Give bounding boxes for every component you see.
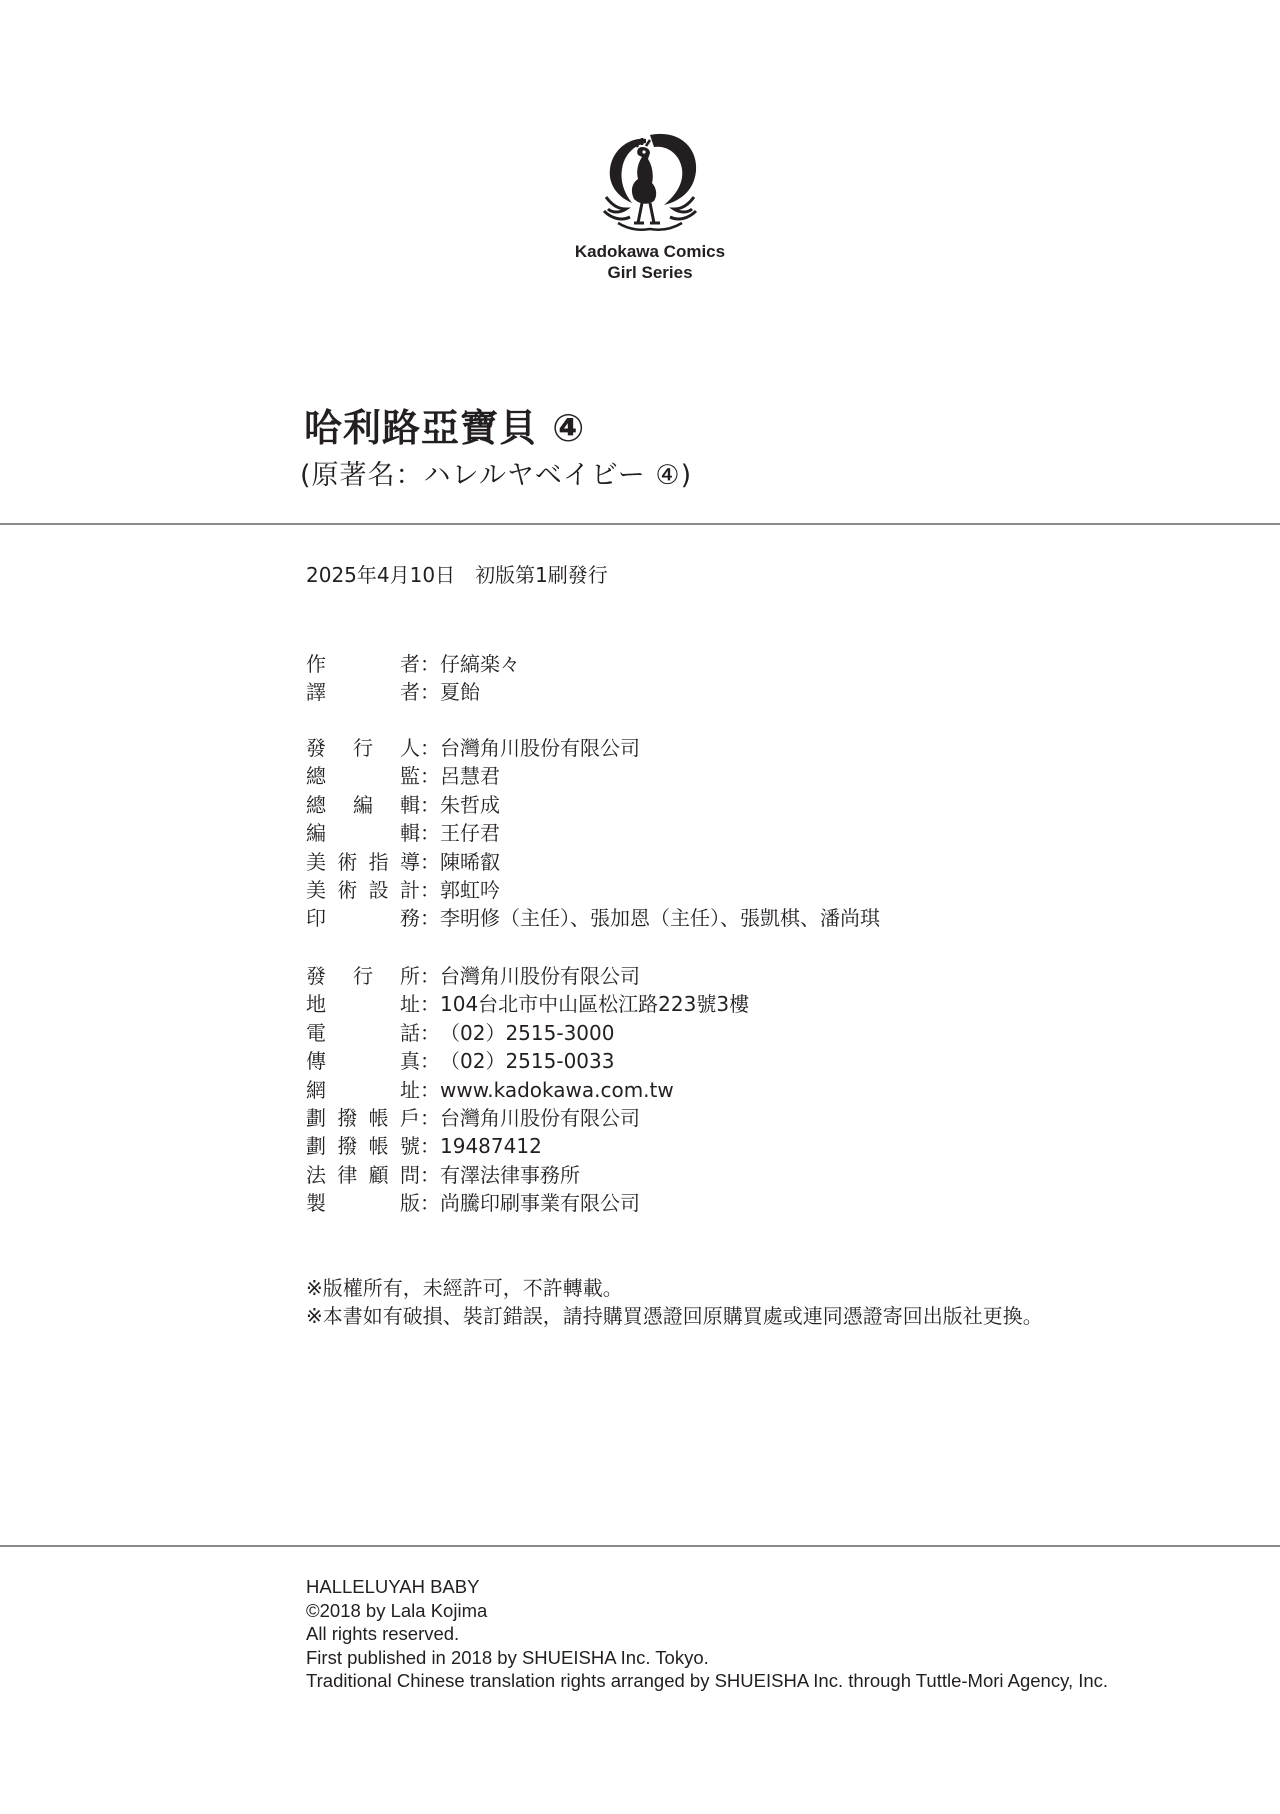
- credit-colon: ：: [420, 962, 440, 990]
- credit-colon: ：: [420, 1132, 440, 1160]
- credit-label: 總監: [306, 762, 420, 790]
- credit-colon: ：: [420, 791, 440, 819]
- credit-label: 地址: [306, 990, 420, 1018]
- credit-colon: ：: [420, 990, 440, 1018]
- credit-value: 陳晞叡: [440, 848, 500, 876]
- credit-value: 尚騰印刷事業有限公司: [440, 1189, 640, 1217]
- credit-value: www.kadokawa.com.tw: [440, 1076, 674, 1104]
- credit-row: 作者：仔縞楽々: [306, 650, 520, 678]
- credit-value: 仔縞楽々: [440, 650, 520, 678]
- credit-value: 朱哲成: [440, 791, 500, 819]
- credit-row: 編輯：王仔君: [306, 819, 880, 847]
- credit-label: 發行所: [306, 962, 420, 990]
- credit-row: 劃撥帳戶：台灣角川股份有限公司: [306, 1104, 749, 1132]
- credit-label: 美術設計: [306, 876, 420, 904]
- english-line-2: ©2018 by Lala Kojima: [306, 1599, 1108, 1623]
- credits-group-3: 發行所：台灣角川股份有限公司地址：104台北市中山區松江路223號3樓電話：（0…: [306, 962, 749, 1218]
- credit-label: 作者: [306, 650, 420, 678]
- credit-label: 總編輯: [306, 791, 420, 819]
- credit-row: 法律顧問：有澤法律事務所: [306, 1161, 749, 1189]
- credit-label: 編輯: [306, 819, 420, 847]
- publisher-logo: Kadokawa Comics Girl Series: [560, 125, 740, 283]
- credit-row: 電話：（02）2515-3000: [306, 1019, 749, 1047]
- credit-row: 地址：104台北市中山區松江路223號3樓: [306, 990, 749, 1018]
- credit-label: 美術指導: [306, 848, 420, 876]
- credit-value: 夏飴: [440, 678, 480, 706]
- credit-value: 郭虹吟: [440, 876, 500, 904]
- copyright-notes: ※版權所有，未經許可，不許轉載。 ※本書如有破損、裝訂錯誤，請持購買憑證回原購買…: [306, 1274, 1043, 1330]
- credits-group-2: 發行人：台灣角川股份有限公司總監：呂慧君總編輯：朱哲成編輯：王仔君美術指導：陳晞…: [306, 734, 880, 933]
- credit-value: 李明修（主任）、張加恩（主任）、張凱棋、潘尚琪: [440, 904, 880, 932]
- credit-value: 19487412: [440, 1132, 542, 1160]
- english-line-3: All rights reserved.: [306, 1622, 1108, 1646]
- credit-label: 印務: [306, 904, 420, 932]
- credit-label: 傳真: [306, 1047, 420, 1075]
- credits-group-1: 作者：仔縞楽々譯者：夏飴: [306, 650, 520, 707]
- credit-value: （02）2515-0033: [440, 1047, 614, 1075]
- credit-value: 台灣角川股份有限公司: [440, 962, 640, 990]
- english-line-5: Traditional Chinese translation rights a…: [306, 1669, 1108, 1693]
- credit-colon: ：: [420, 1104, 440, 1132]
- credit-colon: ：: [420, 819, 440, 847]
- credit-label: 發行人: [306, 734, 420, 762]
- credit-row: 美術指導：陳晞叡: [306, 848, 880, 876]
- credit-colon: ：: [420, 734, 440, 762]
- credit-row: 網址：www.kadokawa.com.tw: [306, 1076, 749, 1104]
- credit-value: （02）2515-3000: [440, 1019, 614, 1047]
- credit-colon: ：: [420, 1076, 440, 1104]
- credit-colon: ：: [420, 848, 440, 876]
- credit-label: 網址: [306, 1076, 420, 1104]
- credit-row: 製版：尚騰印刷事業有限公司: [306, 1189, 749, 1217]
- credit-row: 譯者：夏飴: [306, 678, 520, 706]
- english-line-1: HALLELUYAH BABY: [306, 1575, 1108, 1599]
- english-copyright: HALLELUYAH BABY ©2018 by Lala Kojima All…: [306, 1575, 1108, 1693]
- credit-value: 呂慧君: [440, 762, 500, 790]
- credit-label: 法律顧問: [306, 1161, 420, 1189]
- credit-colon: ：: [420, 1189, 440, 1217]
- credit-value: 王仔君: [440, 819, 500, 847]
- divider-top: [0, 523, 1280, 525]
- credit-colon: ：: [420, 678, 440, 706]
- english-line-4: First published in 2018 by SHUEISHA Inc.…: [306, 1646, 1108, 1670]
- credit-label: 電話: [306, 1019, 420, 1047]
- logo-line-1: Kadokawa Comics: [560, 241, 740, 262]
- credit-row: 總編輯：朱哲成: [306, 791, 880, 819]
- credit-label: 劃撥帳戶: [306, 1104, 420, 1132]
- credit-label: 譯者: [306, 678, 420, 706]
- credit-colon: ：: [420, 904, 440, 932]
- credit-row: 傳真：（02）2515-0033: [306, 1047, 749, 1075]
- credit-colon: ：: [420, 762, 440, 790]
- credit-row: 美術設計：郭虹吟: [306, 876, 880, 904]
- credit-row: 發行所：台灣角川股份有限公司: [306, 962, 749, 990]
- credit-value: 台灣角川股份有限公司: [440, 734, 640, 762]
- note-line-2: ※本書如有破損、裝訂錯誤，請持購買憑證回原購買處或連同憑證寄回出版社更換。: [306, 1302, 1043, 1330]
- original-title: (原著名：ハレルヤベイビー ④): [300, 458, 692, 494]
- credit-colon: ：: [420, 1019, 440, 1047]
- credit-row: 總監：呂慧君: [306, 762, 880, 790]
- book-title: 哈利路亞寶貝 ④: [304, 404, 585, 452]
- credit-value: 台灣角川股份有限公司: [440, 1104, 640, 1132]
- divider-bottom: [0, 1545, 1280, 1547]
- phoenix-icon: [598, 125, 702, 241]
- credit-colon: ：: [420, 650, 440, 678]
- publication-date: 2025年4月10日 初版第1刷發行: [306, 562, 608, 588]
- credit-label: 劃撥帳號: [306, 1132, 420, 1160]
- credit-row: 劃撥帳號：19487412: [306, 1132, 749, 1160]
- note-line-1: ※版權所有，未經許可，不許轉載。: [306, 1274, 1043, 1302]
- credit-label: 製版: [306, 1189, 420, 1217]
- credit-colon: ：: [420, 876, 440, 904]
- credit-row: 發行人：台灣角川股份有限公司: [306, 734, 880, 762]
- logo-line-2: Girl Series: [560, 262, 740, 283]
- credit-value: 有澤法律事務所: [440, 1161, 580, 1189]
- credit-value: 104台北市中山區松江路223號3樓: [440, 990, 749, 1018]
- credit-colon: ：: [420, 1161, 440, 1189]
- credit-colon: ：: [420, 1047, 440, 1075]
- credit-row: 印務：李明修（主任）、張加恩（主任）、張凱棋、潘尚琪: [306, 904, 880, 932]
